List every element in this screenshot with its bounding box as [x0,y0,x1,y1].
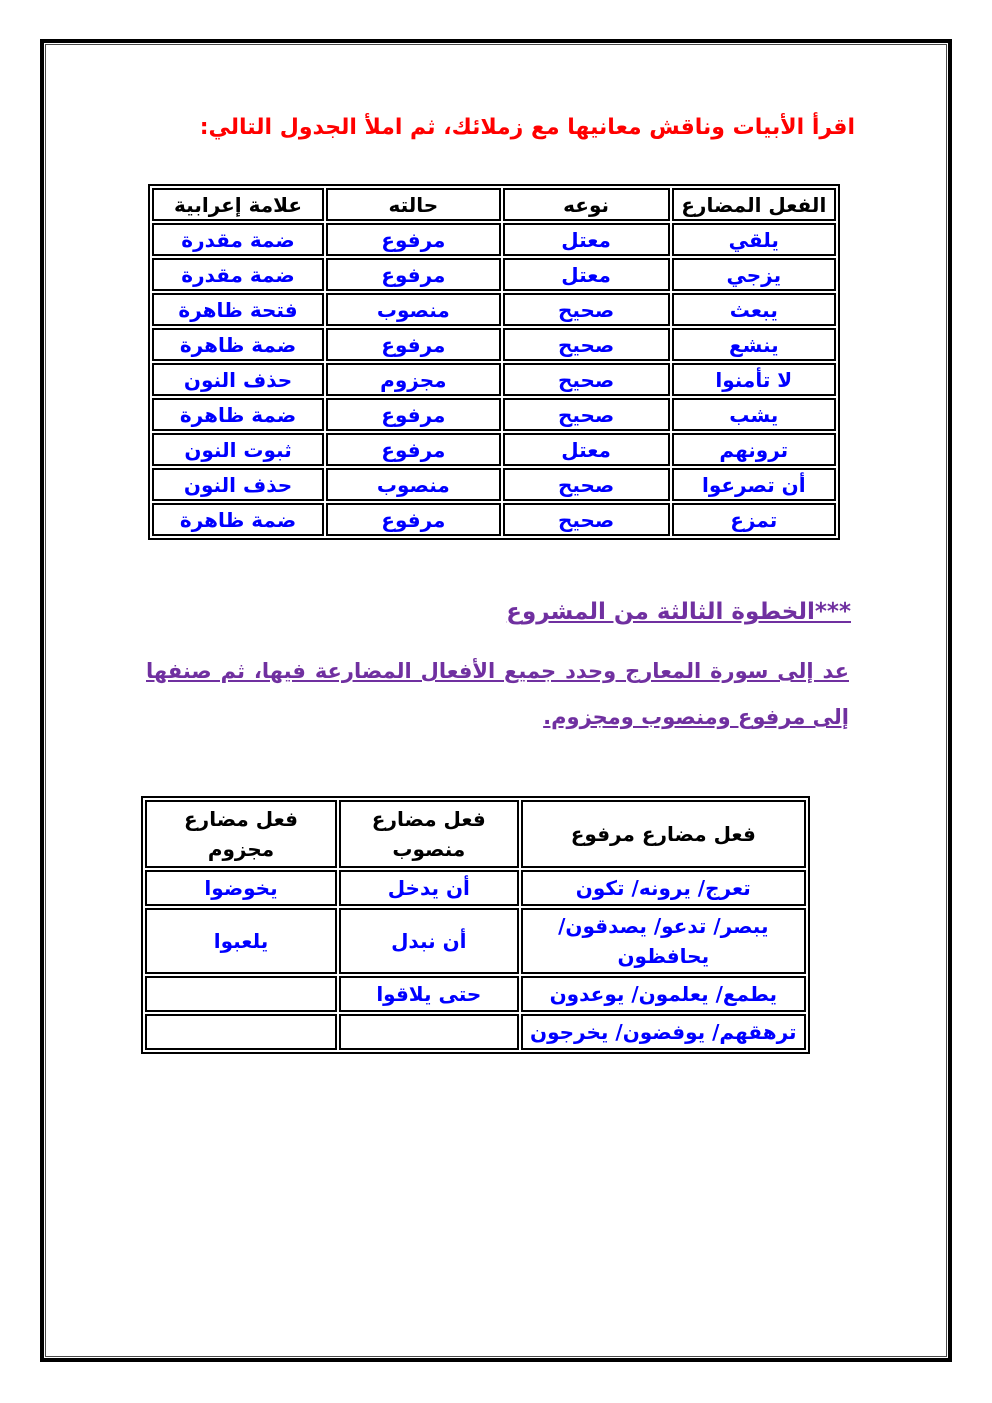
table1-cell-3-1: صحيح [503,328,670,361]
table2-cell-2-2 [145,976,337,1012]
table1-cell-8-0: تمزع [672,503,836,536]
table1-cell-2-0: يبعث [672,293,836,326]
table1-row-4: لا تأمنواصحيحمجزومحذف النون [152,363,836,396]
table1-header-2: حالته [326,188,501,221]
table1-header-1: نوعه [503,188,670,221]
table1-cell-0-1: معتل [503,223,670,256]
table1-row-2: يبعثصحيحمنصوبفتحة ظاهرة [152,293,836,326]
table1-cell-1-3: ضمة مقدرة [152,258,324,291]
table1-cell-4-2: مجزوم [326,363,501,396]
table2-cell-1-0: يبصر/ تدعو/ يصدقون/ يحافظون [521,908,806,974]
table1-cell-0-3: ضمة مقدرة [152,223,324,256]
table2-row-2: يطمع/ يعلمون/ يوعدونحتى يلاقوا [145,976,806,1012]
table1-cell-5-2: مرفوع [326,398,501,431]
table1-row-7: أن تصرعواصحيحمنصوبحذف النون [152,468,836,501]
table1-cell-7-3: حذف النون [152,468,324,501]
table1-cell-1-2: مرفوع [326,258,501,291]
table1-cell-0-0: يلقي [672,223,836,256]
table1-cell-6-1: معتل [503,433,670,466]
table2-cell-1-2: يلعبوا [145,908,337,974]
verb-analysis-table: الفعل المضارعنوعهحالتهعلامة إعرابيةيلقيم… [148,184,840,540]
table2-row-1: يبصر/ تدعو/ يصدقون/ يحافظونأن نبدليلعبوا [145,908,806,974]
table1-row-3: ينشعصحيحمرفوعضمة ظاهرة [152,328,836,361]
table2-cell-2-1: حتى يلاقوا [339,976,519,1012]
table2-cell-2-0: يطمع/ يعلمون/ يوعدون [521,976,806,1012]
table1-row-6: ترونهممعتلمرفوعثبوت النون [152,433,836,466]
table1-cell-0-2: مرفوع [326,223,501,256]
table1-cell-7-1: صحيح [503,468,670,501]
table1-row-1: يزجيمعتلمرفوعضمة مقدرة [152,258,836,291]
table2-header-row: فعل مضارع مرفوعفعل مضارع منصوبفعل مضارع … [145,800,806,868]
table2-cell-3-1 [339,1014,519,1050]
table1-row-8: تمزعصحيحمرفوعضمة ظاهرة [152,503,836,536]
table1-cell-6-0: ترونهم [672,433,836,466]
table1-cell-7-0: أن تصرعوا [672,468,836,501]
table1-cell-2-3: فتحة ظاهرة [152,293,324,326]
table1-cell-2-2: منصوب [326,293,501,326]
table1-cell-5-1: صحيح [503,398,670,431]
instruction-paragraph: عد إلى سورة المعارج وحدد جميع الأفعال ال… [146,648,849,740]
table2-row-0: تعرج/ يرونه/ تكونأن يدخليخوضوا [145,870,806,906]
table1-cell-7-2: منصوب [326,468,501,501]
step-three-heading: ***الخطوة الثالثة من المشروع [506,595,851,629]
table2-header-1: فعل مضارع منصوب [339,800,519,868]
table2-cell-0-2: يخوضوا [145,870,337,906]
table2-cell-0-1: أن يدخل [339,870,519,906]
table1-row-0: يلقيمعتلمرفوعضمة مقدرة [152,223,836,256]
table2-cell-3-0: ترهقهم/ يوفضون/ يخرجون [521,1014,806,1050]
table2-cell-1-1: أن نبدل [339,908,519,974]
table1-cell-6-3: ثبوت النون [152,433,324,466]
table2-cell-0-0: تعرج/ يرونه/ تكون [521,870,806,906]
table1-row-5: يشبصحيحمرفوعضمة ظاهرة [152,398,836,431]
table1-header-3: علامة إعرابية [152,188,324,221]
table1-cell-8-1: صحيح [503,503,670,536]
table1-cell-6-2: مرفوع [326,433,501,466]
table1-cell-4-3: حذف النون [152,363,324,396]
table1-header-0: الفعل المضارع [672,188,836,221]
table1-cell-5-3: ضمة ظاهرة [152,398,324,431]
document-page: اقرأ الأبيات وناقش معانيها مع زملائك، ثم… [0,0,992,1403]
table2-header-2: فعل مضارع مجزوم [145,800,337,868]
table1-cell-3-2: مرفوع [326,328,501,361]
table1-cell-3-3: ضمة ظاهرة [152,328,324,361]
table1-cell-2-1: صحيح [503,293,670,326]
table1-cell-8-3: ضمة ظاهرة [152,503,324,536]
verb-classification-table: فعل مضارع مرفوعفعل مضارع منصوبفعل مضارع … [141,796,810,1054]
table1-cell-1-0: يزجي [672,258,836,291]
table2-row-3: ترهقهم/ يوفضون/ يخرجون [145,1014,806,1050]
table2-header-0: فعل مضارع مرفوع [521,800,806,868]
table1-cell-5-0: يشب [672,398,836,431]
table1-cell-4-0: لا تأمنوا [672,363,836,396]
table1-cell-8-2: مرفوع [326,503,501,536]
table1-cell-4-1: صحيح [503,363,670,396]
intro-heading: اقرأ الأبيات وناقش معانيها مع زملائك، ثم… [200,112,855,144]
table1-cell-1-1: معتل [503,258,670,291]
table2-cell-3-2 [145,1014,337,1050]
table1-cell-3-0: ينشع [672,328,836,361]
table1-header-row: الفعل المضارعنوعهحالتهعلامة إعرابية [152,188,836,221]
